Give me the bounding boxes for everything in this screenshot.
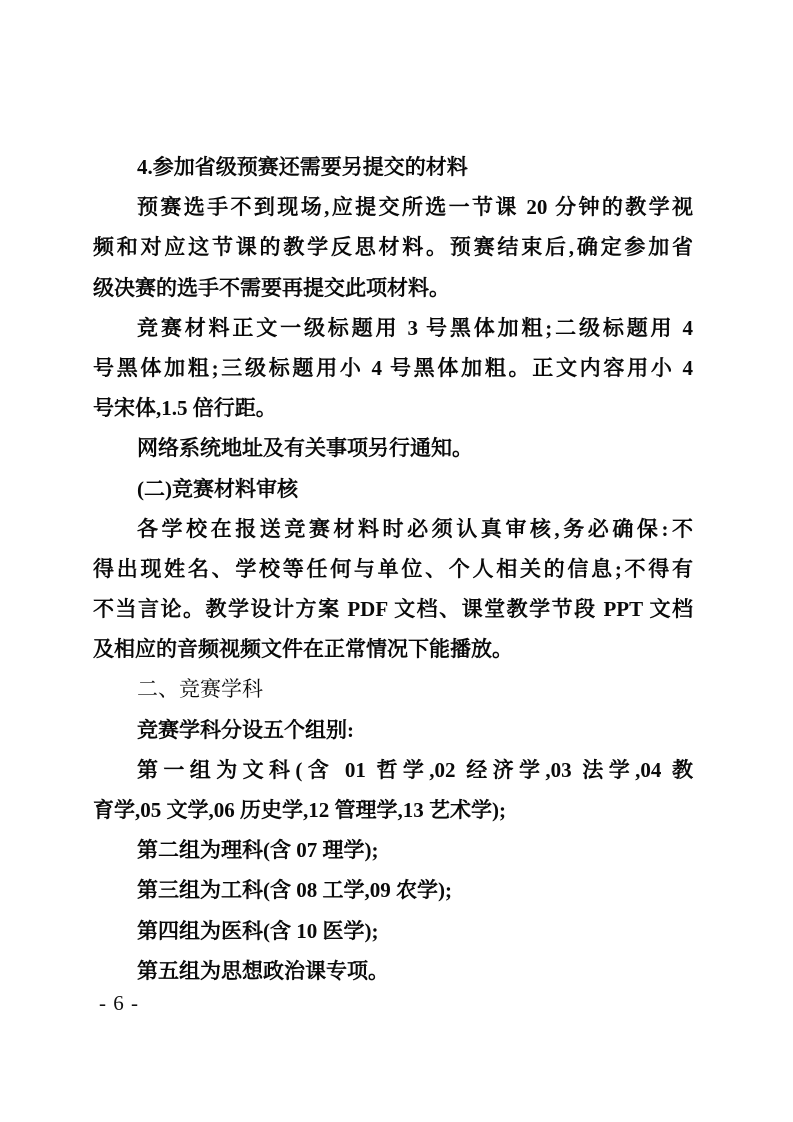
text-line: 二、竞赛学科: [93, 669, 693, 709]
text-line: 得出现姓名、学校等任何与单位、个人相关的信息;不得有: [93, 549, 693, 589]
document-body: 4.参加省级预赛还需要另提交的材料预赛选手不到现场,应提交所选一节课 20 分钟…: [93, 147, 693, 991]
text-line: 号黑体加粗;三级标题用小 4 号黑体加粗。正文内容用小 4: [93, 348, 693, 388]
text-line: 各学校在报送竞赛材料时必须认真审核,务必确保:不: [93, 509, 693, 549]
text-line: 第四组为医科(含 10 医学);: [93, 911, 693, 951]
text-line: 竞赛学科分设五个组别:: [93, 710, 693, 750]
text-line: 育学,05 文学,06 历史学,12 管理学,13 艺术学);: [93, 790, 693, 830]
document-page: 4.参加省级预赛还需要另提交的材料预赛选手不到现场,应提交所选一节课 20 分钟…: [0, 0, 793, 1122]
text-line: (二)竞赛材料审核: [93, 469, 693, 509]
text-line: 及相应的音频视频文件在正常情况下能播放。: [93, 629, 693, 669]
text-line: 第二组为理科(含 07 理学);: [93, 830, 693, 870]
text-line: 第一组为文科(含 01 哲学,02 经济学,03 法学,04 教: [93, 750, 693, 790]
text-line: 频和对应这节课的教学反思材料。预赛结束后,确定参加省: [93, 227, 693, 267]
text-line: 网络系统地址及有关事项另行通知。: [93, 428, 693, 468]
text-line: 号宋体,1.5 倍行距。: [93, 388, 693, 428]
text-line: 第三组为工科(含 08 工学,09 农学);: [93, 870, 693, 910]
text-line: 4.参加省级预赛还需要另提交的材料: [93, 147, 693, 187]
text-line: 级决赛的选手不需要再提交此项材料。: [93, 268, 693, 308]
text-line: 竞赛材料正文一级标题用 3 号黑体加粗;二级标题用 4: [93, 308, 693, 348]
text-line: 第五组为思想政治课专项。: [93, 951, 693, 991]
page-number: - 6 -: [99, 991, 139, 1016]
text-line: 预赛选手不到现场,应提交所选一节课 20 分钟的教学视: [93, 187, 693, 227]
text-line: 不当言论。教学设计方案 PDF 文档、课堂教学节段 PPT 文档: [93, 589, 693, 629]
